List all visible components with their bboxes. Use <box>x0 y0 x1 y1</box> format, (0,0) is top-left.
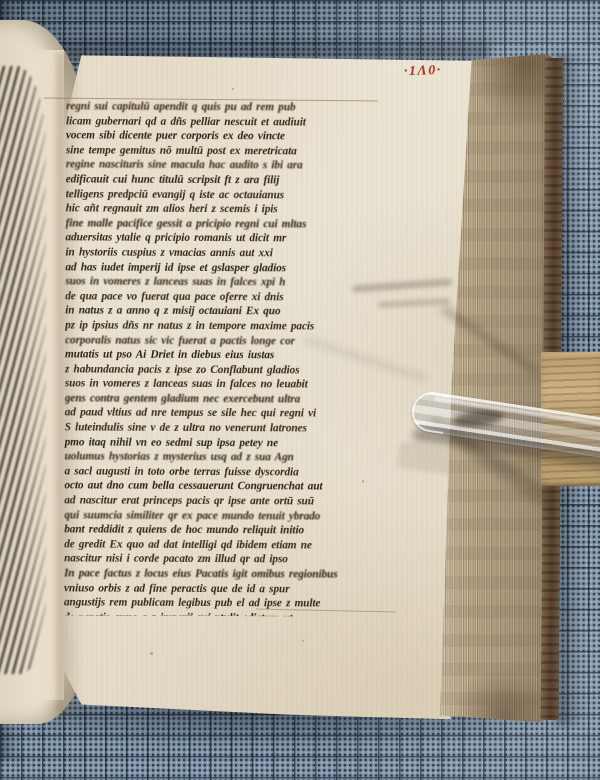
parchment-speck <box>362 480 364 483</box>
parchment-speck <box>232 88 234 90</box>
photo-stage: regni sui capitulū apendit q quis pu ad … <box>0 0 600 780</box>
manuscript-text-block: regni sui capitulū apendit q quis pu ad … <box>64 99 380 616</box>
rod-internal-reflection <box>453 409 504 429</box>
parchment-speck <box>150 652 153 655</box>
folio-number: ·1Λ0· <box>404 62 475 84</box>
book-shadow-top <box>60 34 490 58</box>
parchment-speck <box>302 640 304 642</box>
